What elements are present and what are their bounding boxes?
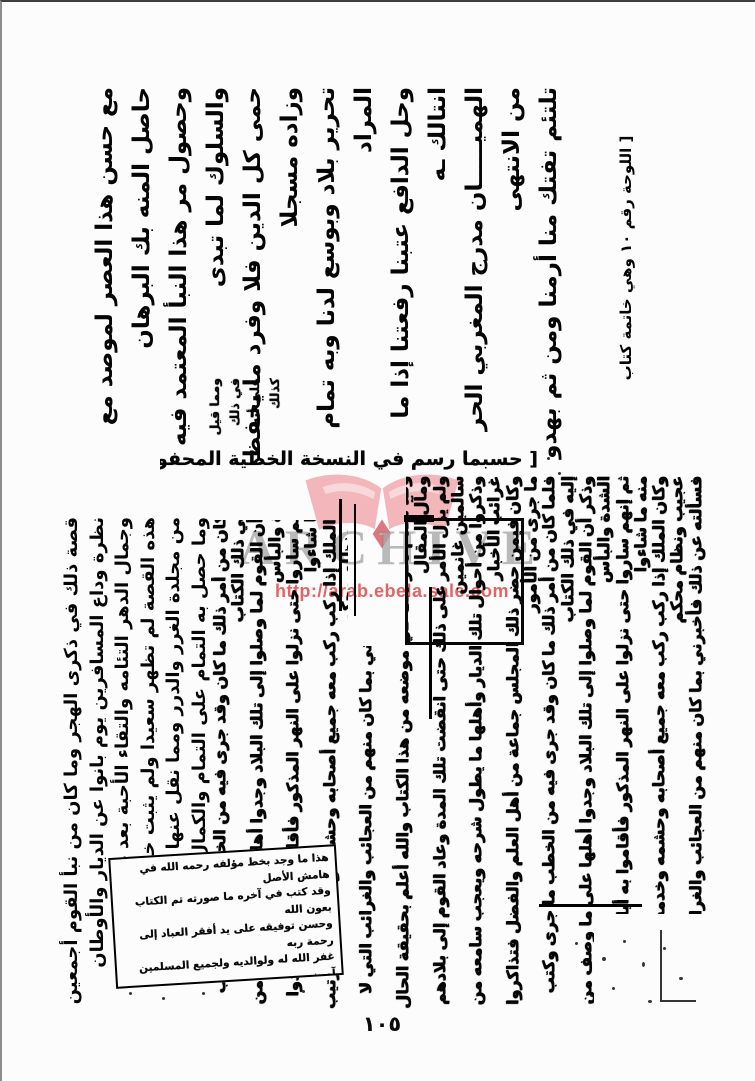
ink-rule [539, 904, 642, 907]
ink-speck [257, 994, 260, 997]
ink-speck [648, 1000, 652, 1003]
ink-speck [547, 457, 550, 460]
ink-speck [302, 990, 305, 993]
inset-frame [405, 518, 524, 645]
partial-frame [660, 930, 696, 1002]
page-gap [348, 476, 406, 646]
ink-blob-text: ومما قيل في ذلك على أنه كذلك [205, 378, 291, 450]
scanned-manuscript-page: مع حسن هذا العصر لموصد مع حاصل المنه بك … [0, 0, 755, 1081]
ink-speck [602, 957, 606, 961]
ink-speck [642, 962, 645, 967]
ink-speck [679, 977, 683, 980]
marginal-note-box: هذا ما وجد بخط مؤلفه رحمه الله في هامش ا… [108, 844, 344, 989]
plate-caption-middle: [ حسبما رسم في النسخة الخطية المحفوظة ] [160, 448, 538, 480]
ink-speck [663, 947, 666, 950]
plate-caption-right: [ اللوحة رقم ١٠ وهي خاتمة كتاب فضلان ] [603, 114, 649, 402]
ink-speck [623, 940, 626, 943]
ink-bar [404, 515, 434, 522]
page-gap [211, 476, 348, 520]
ink-blob: ومما قيل في ذلك على أنه كذلك [205, 378, 291, 450]
ink-speck [202, 992, 205, 995]
ink-speck [558, 472, 561, 475]
ink-speck [575, 942, 578, 945]
ink-speck [590, 994, 593, 997]
plate-caption-right-text: [ اللوحة رقم ١٠ وهي خاتمة كتاب فضلان ] [603, 114, 649, 402]
ink-stroke [339, 499, 342, 611]
page-number: ١٠٥ [342, 1012, 422, 1036]
ink-stroke [429, 587, 432, 719]
ink-speck [612, 987, 615, 990]
top-manuscript-block: مع حسن هذا العصر لموصد مع حاصل المنه بك … [87, 87, 567, 462]
ink-speck [129, 992, 132, 995]
ink-stroke [354, 504, 356, 616]
top-manuscript-text: مع حسن هذا العصر لموصد مع حاصل المنه بك … [87, 87, 567, 462]
ink-speck [162, 997, 165, 1000]
